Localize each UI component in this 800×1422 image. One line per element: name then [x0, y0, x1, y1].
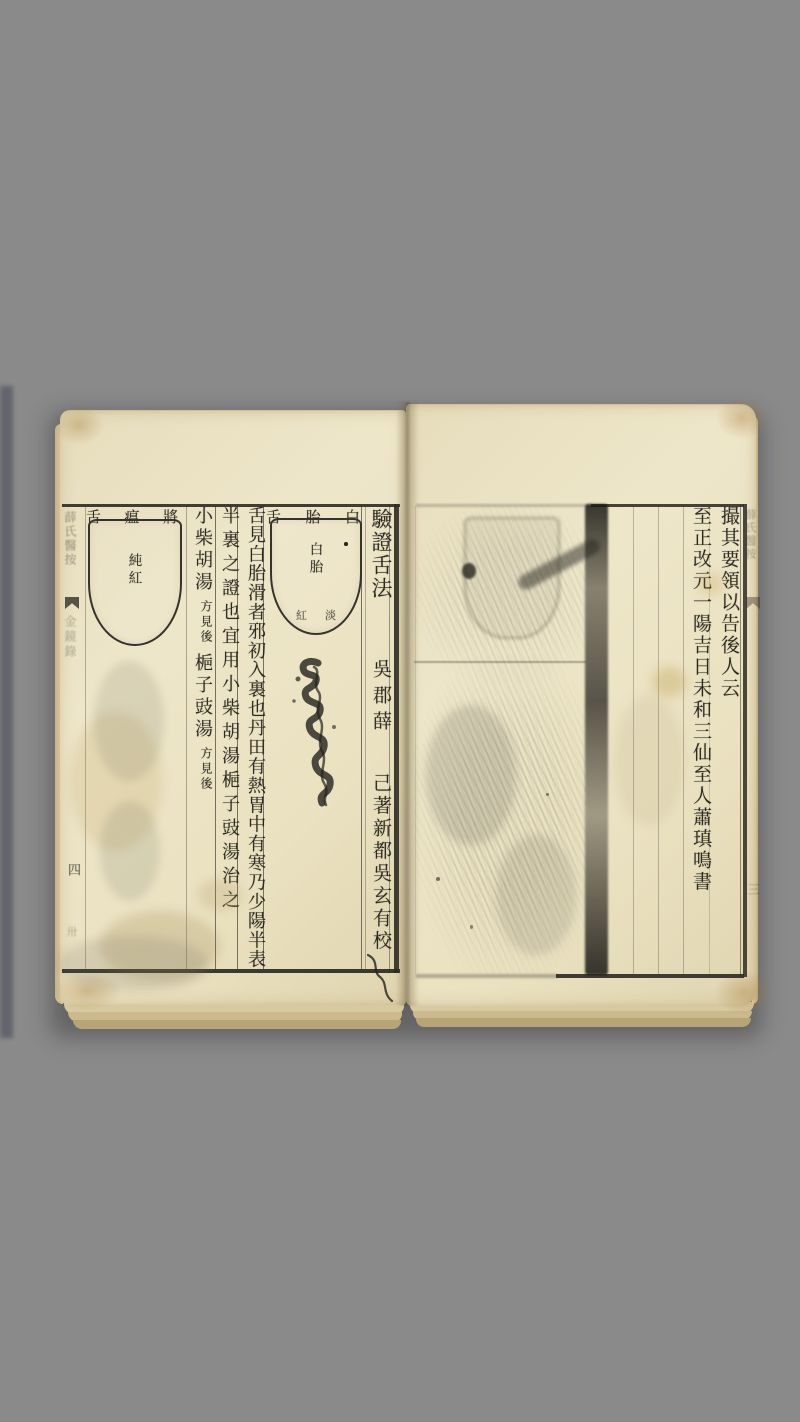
formula-name: 梔子豉湯 — [193, 653, 211, 741]
spine-book-title: 薛氏醫按 — [745, 509, 756, 561]
formula-note: 方見後 — [200, 747, 212, 792]
page-number: 四 — [66, 863, 79, 876]
background-shadow-strip — [0, 386, 13, 1038]
left-page: 薛氏醫按 金鏡錄 四 卅 驗證舌法 吳郡薛 己著新都吳玄有校 舌胎白 白胎 紅淡… — [60, 410, 406, 1005]
spine-section-title: 金鏡錄 — [64, 615, 76, 660]
text-column-1: 舌見白胎滑者邪初入裏也丹田有熱胃中有寒乃少陽半表 — [240, 506, 264, 969]
ink-blot — [288, 657, 350, 809]
tongue-tip-label: 紅淡 — [296, 607, 336, 623]
paper-stain — [652, 667, 686, 697]
bottom-page-stack-6 — [416, 1018, 751, 1027]
ink-offset-band — [585, 504, 608, 975]
formula-name: 小柴胡湯 — [193, 506, 211, 594]
byline-author-editor: 己著新都吳玄有校 — [368, 773, 390, 953]
spine-book-title: 薛氏醫按 — [64, 511, 76, 567]
ink-speck — [344, 542, 348, 546]
page-number: 三 — [747, 883, 759, 895]
formula-note: 方見後 — [200, 600, 212, 645]
ink-speck — [436, 877, 440, 881]
fishtail-mark-icon — [746, 597, 760, 609]
book-gutter — [396, 402, 419, 1006]
frame-right-inner-line — [740, 504, 741, 977]
right-page: 撮其要領以告後人云 至正改元一陽吉日未和三仙至人蕭瑱鳴書 薛氏醫按 三 — [406, 404, 756, 1006]
ink-speck — [470, 925, 473, 929]
colophon-column-2: 至正改元一陽吉日未和三仙至人蕭瑱鳴書 — [686, 506, 710, 893]
paper-stain — [58, 936, 208, 991]
colophon-column-1: 撮其要領以告後人云 — [712, 506, 738, 700]
tongue-body-label: 純紅 — [126, 553, 140, 588]
byline-author-place: 吳郡薛 — [368, 659, 390, 737]
ghost-offset-smudge — [94, 661, 164, 781]
paper-stain — [614, 695, 684, 825]
text-column-3: 小柴胡湯 方見後 梔子豉湯 方見後 — [188, 506, 215, 792]
bottom-page-stack-3 — [73, 1020, 401, 1029]
frame-right-heavy-border — [743, 504, 747, 977]
paper-stain — [198, 879, 242, 911]
ink-speck — [546, 793, 549, 796]
tongue-coating-label: 白胎 — [307, 542, 321, 577]
photograph-of-open-woodblock-book: 薛氏醫按 金鏡錄 四 卅 驗證舌法 吳郡薛 己著新都吳玄有校 舌胎白 白胎 紅淡… — [0, 0, 800, 1422]
ghost-offset-smudge — [100, 801, 160, 901]
column-rule — [683, 506, 684, 974]
page-corner-tint — [54, 405, 104, 445]
page-corner-tint — [716, 397, 768, 439]
paper-stain — [698, 573, 724, 595]
spine-bottom-marks: 卅 — [66, 926, 77, 937]
section-title: 驗證舌法 — [367, 508, 391, 600]
text-column-2: 半裏之證也宜用小柴胡湯梔子豉湯治之 — [217, 506, 238, 914]
fishtail-mark-icon — [65, 597, 79, 609]
smudge-mottle — [426, 705, 516, 845]
smudge-mottle — [496, 835, 576, 955]
